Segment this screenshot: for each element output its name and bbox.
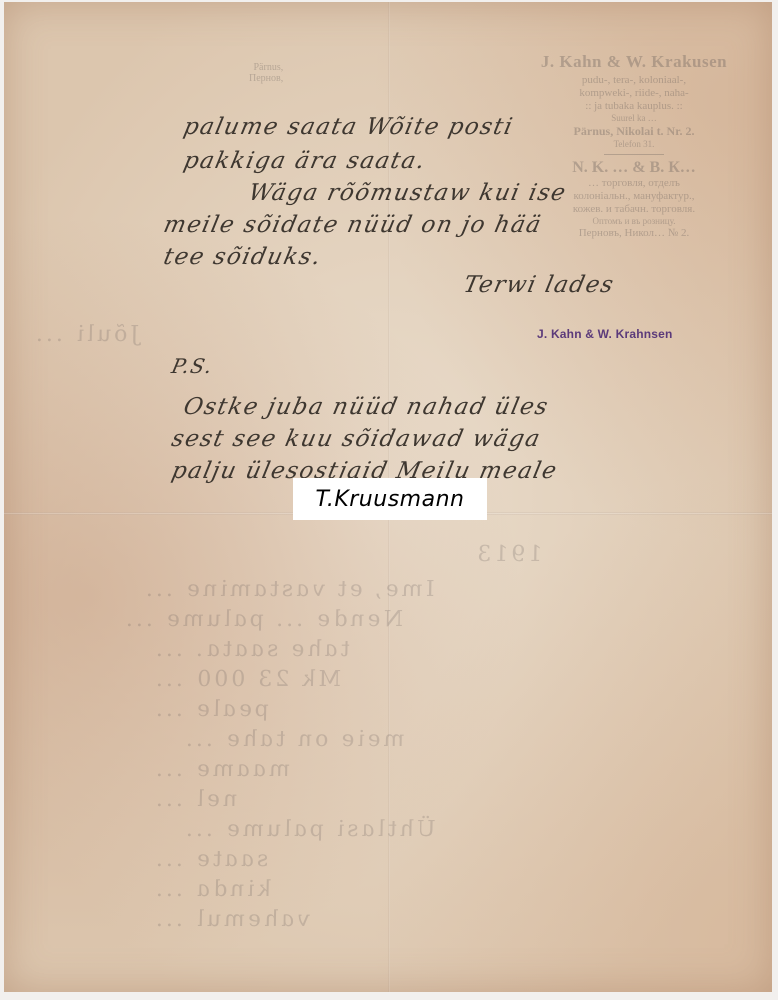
letterhead-firm-estonian: J. Kahn & W. Krakusen bbox=[504, 52, 764, 72]
caption-text: T.Kruusmann bbox=[316, 487, 465, 512]
letterhead-firm-russian: N. K. … & В. К… bbox=[504, 159, 764, 177]
company-stamp: J. Kahn & W. Krahnsen bbox=[537, 327, 673, 341]
place-mark: Pärnus, Пернов, bbox=[249, 62, 283, 84]
letter-closing: Terwi lades bbox=[461, 272, 617, 298]
ps-line: Ostke juba nüüd nahad üles bbox=[181, 394, 551, 420]
ps-line: sest see kuu sõidawad wäga bbox=[169, 426, 543, 452]
letterhead-address-estonian: Pärnus, Nikolai t. Nr. 2. bbox=[504, 124, 764, 139]
letter-line: palume saata Wõite posti bbox=[181, 114, 516, 140]
letter-line: tee sõiduks. bbox=[161, 244, 324, 270]
letterhead-divider bbox=[604, 154, 664, 155]
letter-line: Wäga rõõmustaw kui ise bbox=[246, 180, 569, 206]
ps-label: P.S. bbox=[169, 354, 215, 378]
caption-label: T.Kruusmann bbox=[293, 478, 487, 520]
letter-line: meile sõidate nüüd on jo hää bbox=[161, 212, 544, 238]
letter-line: pakkiga ära saata. bbox=[181, 148, 428, 174]
letterhead-address-russian: Перновъ, Никол… № 2. bbox=[504, 227, 764, 240]
